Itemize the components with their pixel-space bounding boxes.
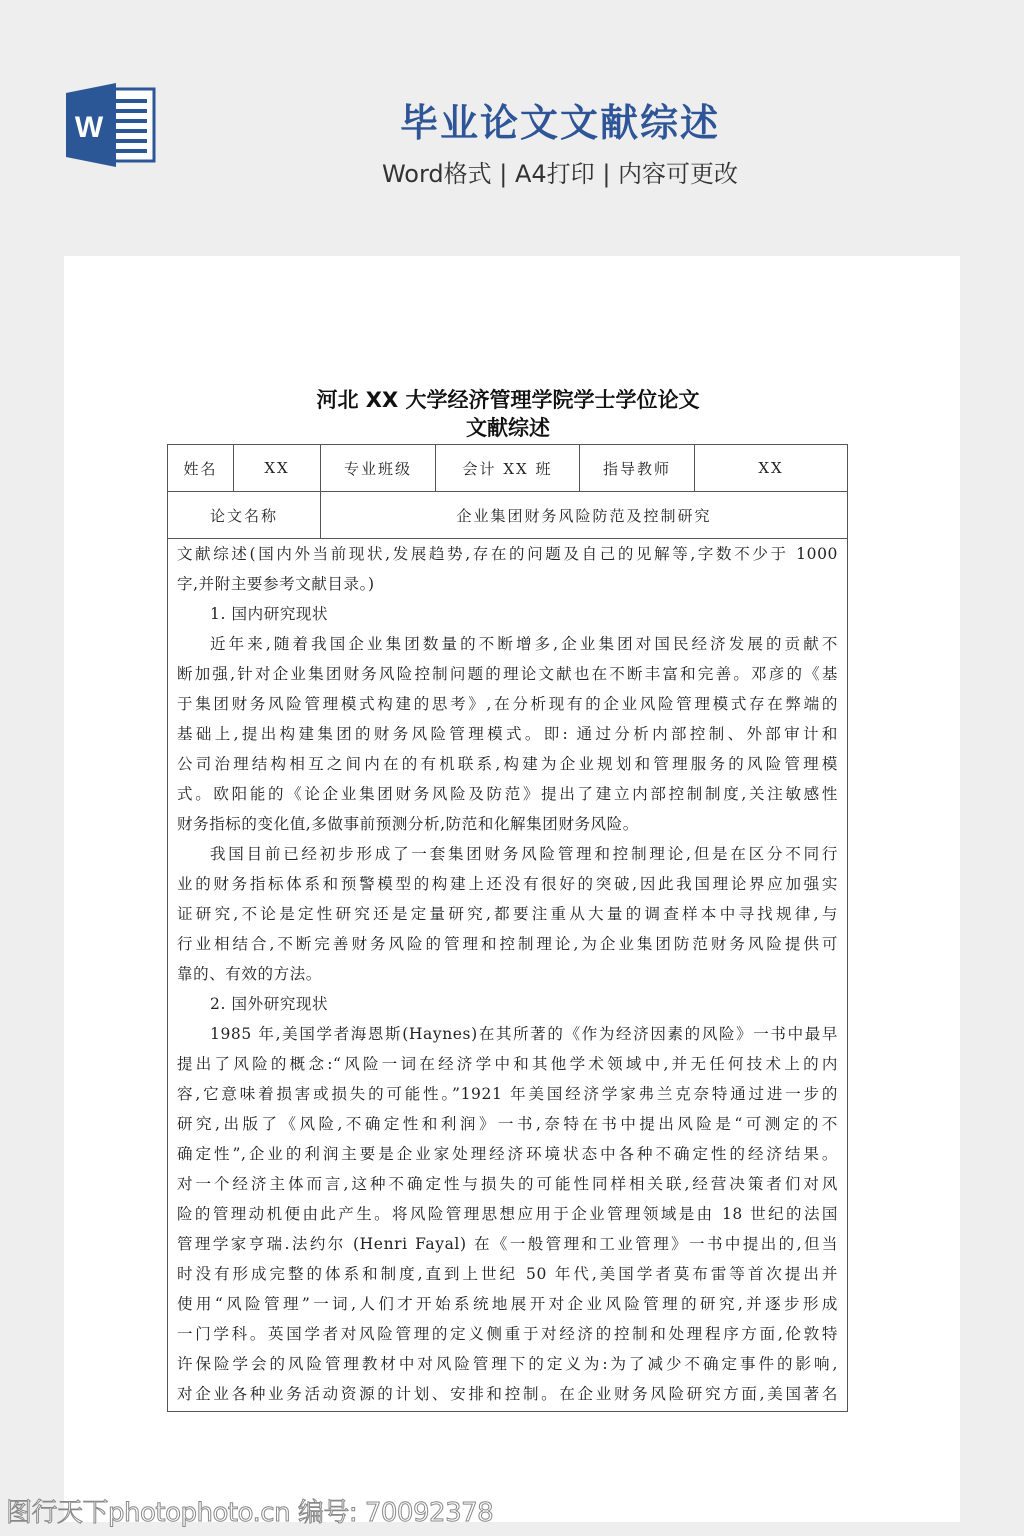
body-text-line: 对企业各种业务活动资源的计划、安排和控制。在企业财务风险研究方面,美国著名 bbox=[177, 1379, 838, 1409]
svg-text:W: W bbox=[75, 111, 104, 144]
body-text-line: 容,它意味着损害或损失的可能性。”1921 年美国经济学家弗兰克奈特通过进一步的 bbox=[177, 1079, 838, 1109]
document-title-line1: 河北 XX 大学经济管理学院学士学位论文 bbox=[316, 388, 699, 412]
body-text-line: 1985 年,美国学者海恩斯(Haynes)在其所著的《作为经济因素的风险》一书… bbox=[177, 1019, 838, 1049]
body-text-line: 式。欧阳能的《论企业集团财务风险及防范》提出了建立内部控制制度,关注敏感性 bbox=[177, 779, 838, 809]
literature-review-body: 文献综述(国内外当前现状,发展趋势,存在的问题及自己的见解等,字数不少于 100… bbox=[168, 539, 847, 1411]
banner-title: 毕业论文文献综述 bbox=[300, 92, 820, 147]
document-page: 河北 XX 大学经济管理学院学士学位论文 文献综述 姓名 XX 专业班级 会计 … bbox=[64, 256, 960, 1522]
advisor-label: 指导教师 bbox=[580, 445, 695, 491]
body-text-line: 于集团财务风险管理模式构建的思考》,在分析现有的企业风险管理模式存在弊端的 bbox=[177, 689, 838, 719]
body-text-line: 确定性”,企业的利润主要是企业家处理经济环境状态中各种不确定性的经济结果。 bbox=[177, 1139, 838, 1169]
body-text-line: 研究,出版了《风险,不确定性和利润》一书,奈特在书中提出风险是“可测定的不 bbox=[177, 1109, 838, 1139]
body-text-line: 行业相结合,不断完善财务风险的管理和控制理论,为企业集团防范财务风险提供可 bbox=[177, 929, 838, 959]
body-text-line: 一门学科。英国学者对风险管理的定义侧重于对经济的控制和处理程序方面,伦敦特 bbox=[177, 1319, 838, 1349]
class-value: 会计 XX 班 bbox=[436, 445, 580, 491]
thesis-title-value: 企业集团财务风险防范及控制研究 bbox=[321, 492, 847, 538]
body-text-line: 断加强,针对企业集团财务风险控制问题的理论文献也在不断丰富和完善。邓彦的《基 bbox=[177, 659, 838, 689]
name-value: XX bbox=[234, 445, 321, 491]
body-text-line: 证研究,不论是定性研究还是定量研究,都要注重从大量的调查样本中寻找规律,与 bbox=[177, 899, 838, 929]
body-text-line: 提出了风险的概念:“风险一词在经济学中和其他学术领域中,并无任何技术上的内 bbox=[177, 1049, 838, 1079]
body-text-line: 时没有形成完整的体系和制度,直到上世纪 50 年代,美国学者莫布雷等首次提出并 bbox=[177, 1259, 838, 1289]
watermark-text: 图行天下photophoto.cn 编号: 70092378 bbox=[6, 1492, 493, 1529]
body-text-line: 1. 国内研究现状 bbox=[177, 599, 838, 629]
body-text-line: 许保险学会的风险管理教材中对风险管理下的定义为:为了减少不确定事件的影响, bbox=[177, 1349, 838, 1379]
class-label: 专业班级 bbox=[321, 445, 436, 491]
body-text-line: 靠的、有效的方法。 bbox=[177, 959, 838, 989]
info-row-student: 姓名 XX 专业班级 会计 XX 班 指导教师 XX bbox=[168, 445, 847, 492]
body-text-line: 使用“风险管理”一词,人们才开始系统地展开对企业风险管理的研究,并逐步形成 bbox=[177, 1289, 838, 1319]
body-text-line: 字,并附主要参考文献目录。) bbox=[177, 569, 838, 599]
name-label: 姓名 bbox=[168, 445, 234, 491]
info-table: 姓名 XX 专业班级 会计 XX 班 指导教师 XX 论文名称 企业集团财务风险… bbox=[167, 444, 848, 1412]
body-text-line: 文献综述(国内外当前现状,发展趋势,存在的问题及自己的见解等,字数不少于 100… bbox=[177, 539, 838, 569]
body-text-line: 我国目前已经初步形成了一套集团财务风险管理和控制理论,但是在区分不同行 bbox=[177, 839, 838, 869]
body-text-line: 对一个经济主体而言,这种不确定性与损失的可能性同样相关联,经营决策者们对风 bbox=[177, 1169, 838, 1199]
body-text-line: 基础上,提出构建集团的财务风险管理模式。即: 通过分析内部控制、外部审计和 bbox=[177, 719, 838, 749]
body-text-line: 管理学家亨瑞.法约尔 (Henri Fayal) 在《一般管理和工业管理》一书中… bbox=[177, 1229, 838, 1259]
thesis-title-label: 论文名称 bbox=[168, 492, 321, 538]
document-title: 河北 XX 大学经济管理学院学士学位论文 文献综述 bbox=[167, 386, 849, 442]
body-text-line: 险的管理动机便由此产生。将风险管理思想应用于企业管理领域是由 18 世纪的法国 bbox=[177, 1199, 838, 1229]
body-text-line: 公司治理结构相互之间内在的有机联系,构建为企业规划和管理服务的风险管理模 bbox=[177, 749, 838, 779]
advisor-value: XX bbox=[695, 445, 847, 491]
body-text-line: 财务指标的变化值,多做事前预测分析,防范和化解集团财务风险。 bbox=[177, 809, 838, 839]
body-text-line: 近年来,随着我国企业集团数量的不断增多,企业集团对国民经济发展的贡献不 bbox=[177, 629, 838, 659]
body-text-line: 业的财务指标体系和预警模型的构建上还没有很好的突破,因此我国理论界应加强实 bbox=[177, 869, 838, 899]
word-document-icon: W bbox=[64, 81, 156, 167]
banner-subtitle: Word格式 | A4打印 | 内容可更改 bbox=[300, 154, 820, 189]
info-row-thesis: 论文名称 企业集团财务风险防范及控制研究 bbox=[168, 492, 847, 539]
document-title-line2: 文献综述 bbox=[167, 414, 849, 442]
body-text-line: 2. 国外研究现状 bbox=[177, 989, 838, 1019]
